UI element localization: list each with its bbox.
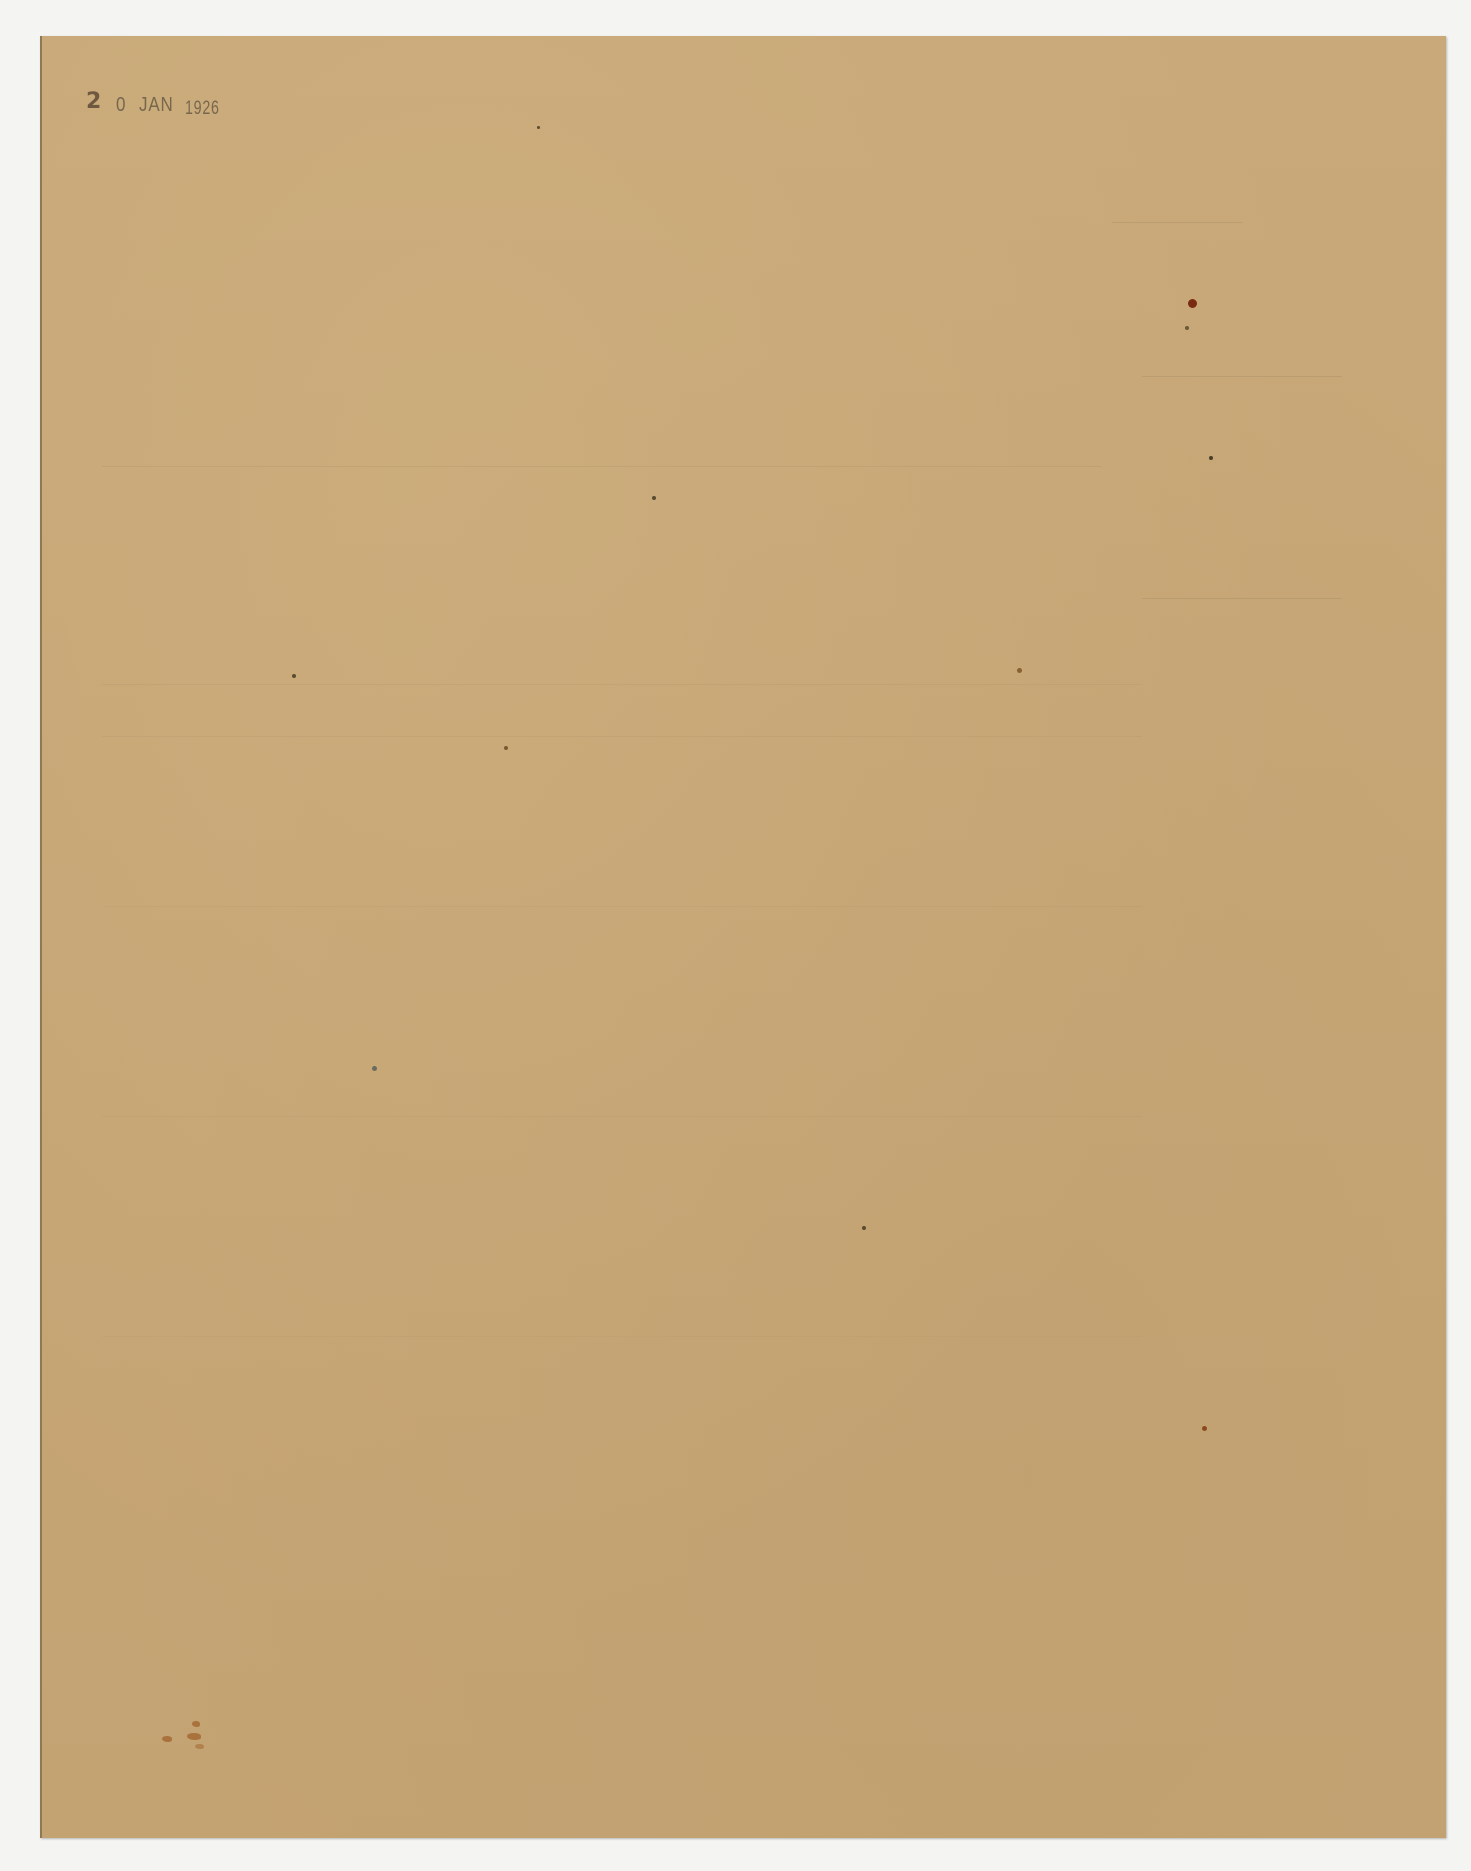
speck xyxy=(1202,1426,1207,1431)
stamp-year: 1926 xyxy=(185,98,220,120)
speck xyxy=(1209,456,1213,460)
showthrough-line xyxy=(102,684,1142,685)
speck xyxy=(652,496,656,500)
paper-sheet: 20 JAN 1926 xyxy=(40,36,1446,1838)
stain-mark xyxy=(195,1744,204,1749)
speck xyxy=(1017,668,1022,673)
speck xyxy=(292,674,296,678)
showthrough-line xyxy=(102,736,1142,737)
ink-spot xyxy=(1188,299,1197,308)
speck xyxy=(504,746,508,750)
showthrough-line xyxy=(102,1116,1142,1117)
showthrough-line xyxy=(102,1336,1142,1337)
date-stamp: 20 JAN 1926 xyxy=(86,92,231,117)
stain-mark xyxy=(192,1721,200,1727)
speck xyxy=(372,1066,377,1071)
showthrough-line xyxy=(1112,222,1242,223)
showthrough-line xyxy=(102,906,1142,907)
speck xyxy=(537,126,540,129)
stamp-day-digit-1: 2 xyxy=(86,89,102,114)
stamp-month: JAN xyxy=(139,94,174,117)
showthrough-line xyxy=(1142,598,1342,599)
speck xyxy=(1185,326,1189,330)
showthrough-line xyxy=(102,466,1102,467)
stain-mark xyxy=(187,1733,201,1740)
speck xyxy=(862,1226,866,1230)
stain-mark xyxy=(162,1736,172,1742)
stamp-day-digit-2: 0 xyxy=(116,94,126,117)
showthrough-line xyxy=(1142,376,1342,377)
